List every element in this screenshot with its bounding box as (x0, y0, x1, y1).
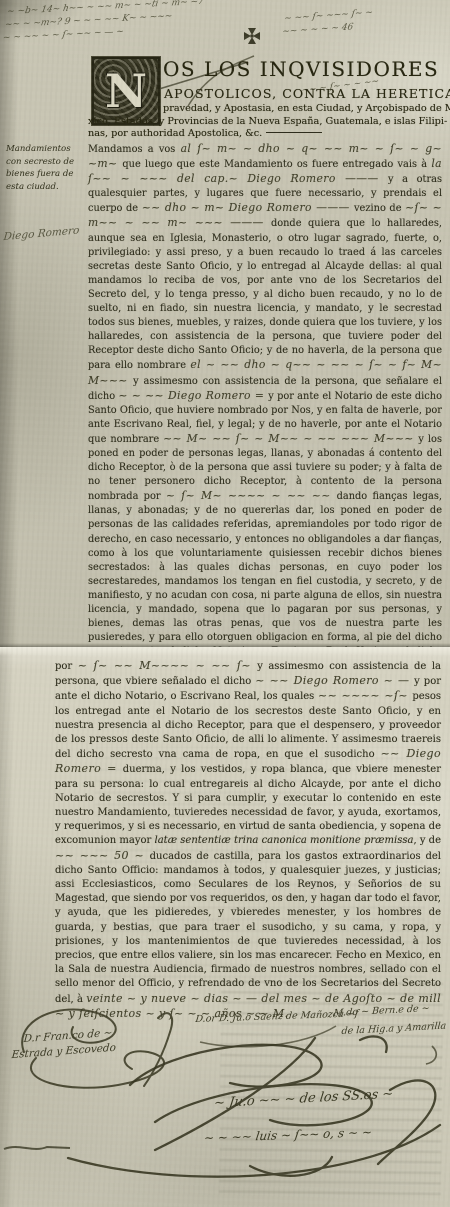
drop-cap-letter: N (105, 64, 147, 118)
maltese-cross-icon (243, 27, 261, 45)
heading-line-3: pravedad, y Apostasia, en esta Ciudad, y… (163, 103, 450, 114)
margin-note-line: Mandamientos (6, 143, 90, 156)
page-title: OS LOS INQVISIDORES (163, 57, 439, 81)
document-page-1: ~ ~b~ 14~ h~~ ~ ~~ m~ ~ ~ti ~ m~ ~7 ~~ ~… (0, 0, 450, 647)
page-subtitle: APOSTOLICOS, CONTRA LA HERETICA (164, 86, 450, 101)
top-right-annotation: ~ ~~ ſ~ ~~~ ſ~ ~ ~~ ~ ~ ~ ~ 46 (281, 7, 373, 40)
heading-line-5-text: nas, por authoridad Apostolica, &c. (88, 128, 262, 139)
top-left-annotation: ~ ~b~ 14~ h~~ ~ ~~ m~ ~ ~ti ~ m~ ~7 ~~ ~… (2, 0, 205, 45)
heading-line-5: nas, por authoridad Apostolica, &c. (88, 128, 322, 139)
body-text-page-2: por ~ ſ~ ~~ M~~~~ ~ ~~ ſ~ y assimesmo co… (55, 659, 441, 989)
document-page-2: por ~ ſ~ ~~ M~~~~ ~ ~~ ſ~ y assimesmo co… (0, 647, 450, 1207)
heading-line-4: xico, Estados, y Provincias de la Nueva … (88, 116, 447, 127)
margin-note: Mandamientos con secresto de bienes fuer… (6, 143, 90, 193)
secretary-rubric-signature (60, 1030, 448, 1205)
inquisition-document-scan: ~ ~b~ 14~ h~~ ~ ~~ m~ ~ ~ti ~ m~ ~7 ~~ ~… (0, 0, 450, 1207)
margin-name-annotation: Diego Romero (3, 224, 80, 243)
body-text-page-1: Mandamos a vos al ſ~ m~ ~ dho ~ q~ ~~ m~… (88, 142, 442, 644)
margin-note-line: con secresto de (6, 156, 90, 169)
margin-note-line: bienes fuera de (6, 168, 90, 181)
ink-scribble (2, 1140, 74, 1156)
margin-note-line: esta ciudad. (6, 181, 90, 194)
dash-rule (266, 132, 322, 133)
